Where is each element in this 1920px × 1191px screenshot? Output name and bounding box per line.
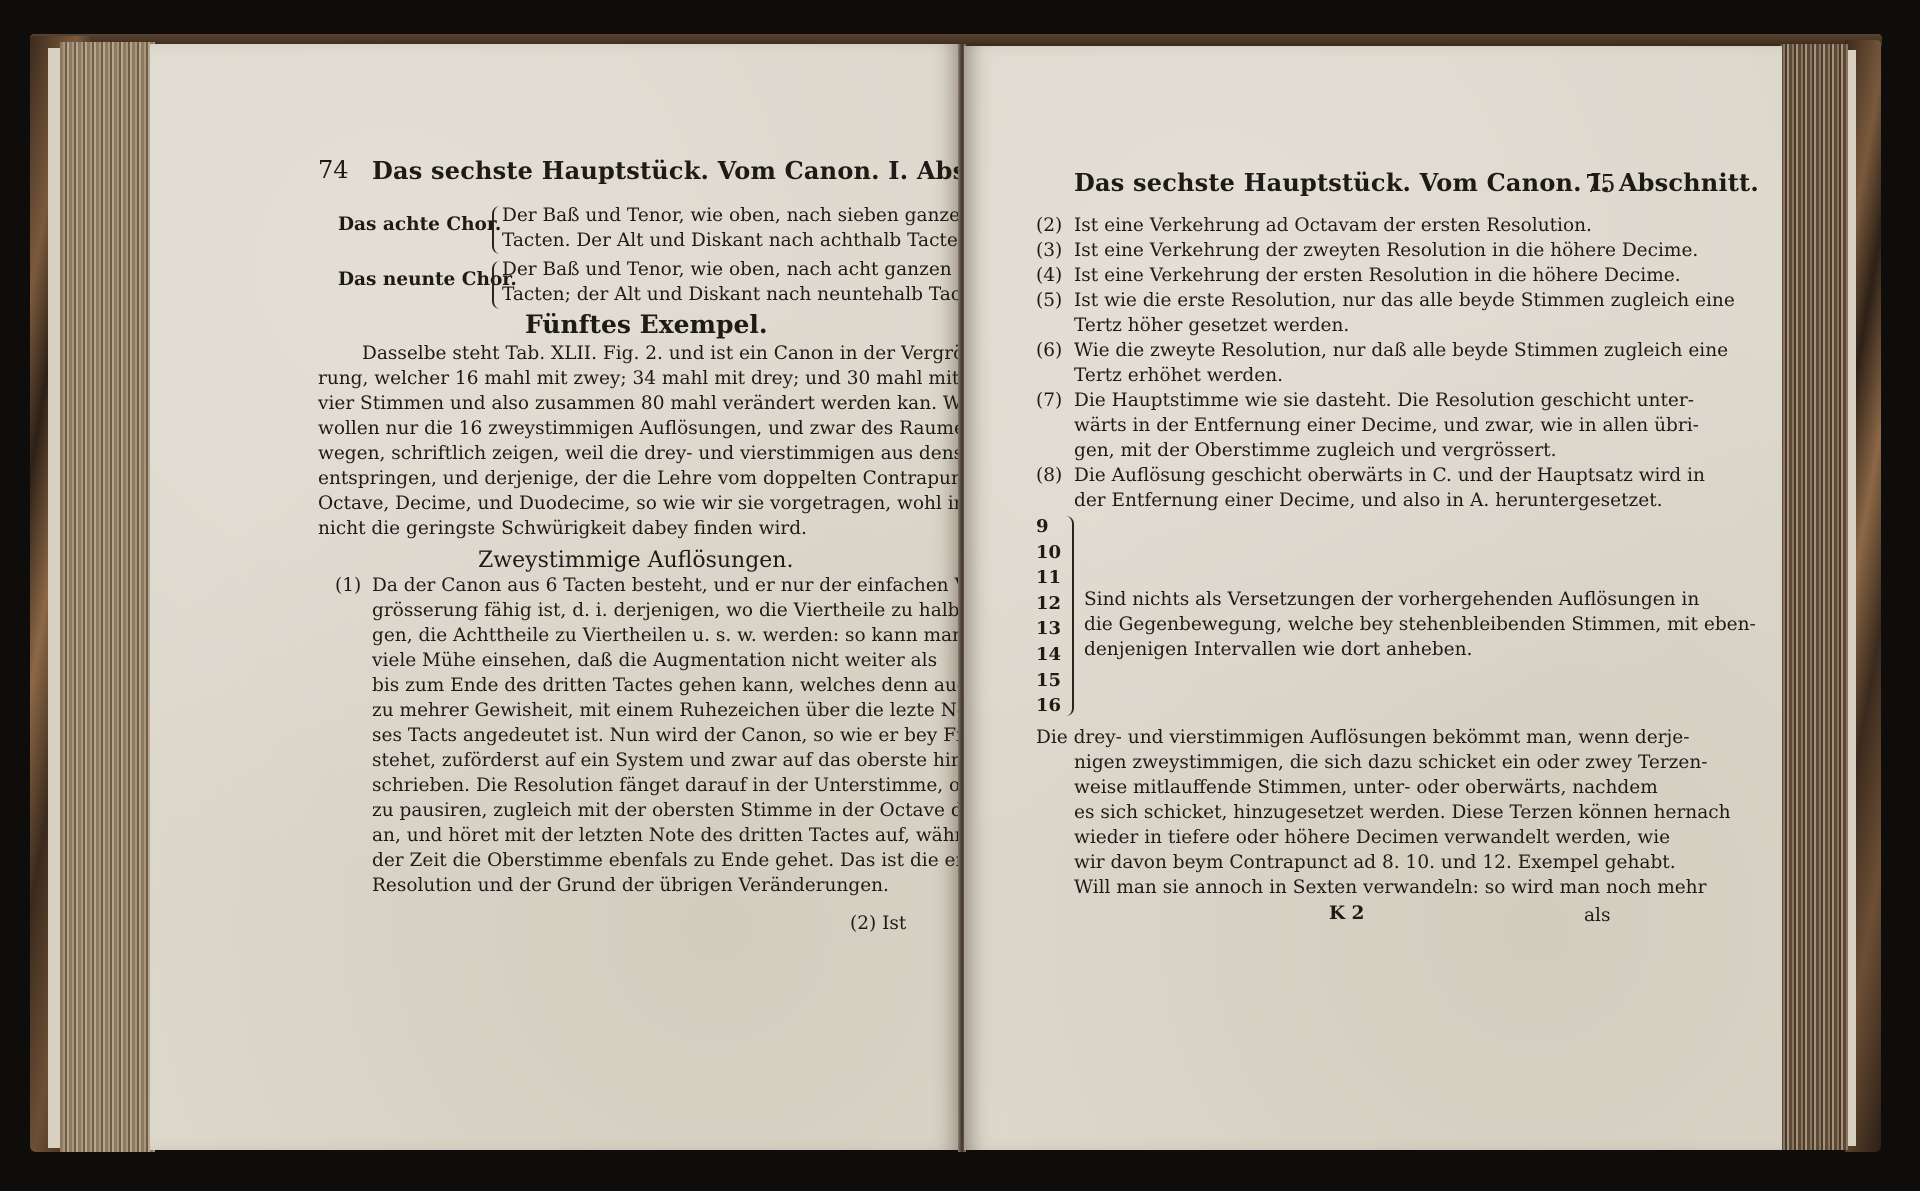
catchword: (2) Ist [850,912,906,937]
bracket-text-line: Sind nichts als Versetzungen der vorherg… [1084,588,1699,613]
item-number: (4) [1036,264,1062,289]
item-line: Die Hauptstimme wie sie dasteht. Die Res… [1074,389,1694,414]
bracket-number: 11 [1036,565,1061,591]
paragraph-line: wir davon beym Contrapunct ad 8. 10. und… [1074,851,1676,876]
bracket-number: 15 [1036,668,1061,694]
item-line: Resolution und der Grund der übrigen Ver… [372,874,889,899]
catchword: als [1584,904,1610,929]
choir-label: Das achte Chor. [338,214,501,235]
section-heading: Fünftes Exempel. [525,310,768,339]
paragraph-line: nigen zweystimmigen, die sich dazu schic… [1074,751,1708,776]
paragraph-line: vier Stimmen und also zusammen 80 mahl v… [318,392,976,417]
paragraph-line: weise mitlauffende Stimmen, unter- oder … [1074,776,1658,801]
paragraph-line: Octave, Decime, und Duodecime, so wie wi… [318,492,1031,517]
bracket-text-line: die Gegenbewegung, welche bey stehenblei… [1084,613,1756,638]
page-edges-left [60,42,155,1152]
item-number: (1) [335,574,361,599]
item-line: schrieben. Die Resolution fänget darauf … [372,774,995,799]
paragraph-line: es sich schicket, hinzugesetzet werden. … [1074,801,1731,826]
paragraph-line: Dasselbe steht Tab. XLII. Fig. 2. und is… [362,342,1000,367]
bracket-number: 9 [1036,514,1061,540]
choir-line: Der Baß und Tenor, wie oben, nach acht g… [502,258,952,283]
page-number-right: 75 [1585,170,1616,198]
item-line: gen, mit der Oberstimme zugleich und ver… [1074,439,1556,464]
bracket-number: 14 [1036,642,1061,668]
item-number: (5) [1036,289,1062,314]
brace [492,261,500,309]
bracket-text-line: denjenigen Intervallen wie dort anheben. [1084,638,1472,663]
item-number: (8) [1036,464,1062,489]
page-edge-strip-right [1848,50,1856,1146]
page-edges-right [1780,44,1848,1150]
item-line: Tertz erhöhet werden. [1074,364,1283,389]
bracket-number: 16 [1036,693,1061,719]
item-line: Ist eine Verkehrung der zweyten Resoluti… [1074,239,1698,264]
subheading: Zweystimmige Auflösungen. [478,548,793,573]
item-line: der Zeit die Oberstimme ebenfals zu Ende… [372,849,992,874]
item-line: an, und höret mit der letzten Note des d… [372,824,998,849]
choir-line: Der Baß und Tenor, wie oben, nach sieben… [502,204,972,229]
choir-line: Tacten. Der Alt und Diskant nach achthal… [502,229,976,254]
paragraph-line: wegen, schriftlich zeigen, weil die drey… [318,442,1015,467]
bracket-number: 12 [1036,591,1061,617]
bracket-number: 13 [1036,616,1061,642]
item-line: Ist eine Verkehrung ad Octavam der erste… [1074,214,1592,239]
item-line: gen, die Achttheile zu Viertheilen u. s.… [372,624,1016,649]
item-line: der Entfernung einer Decime, und also in… [1074,489,1663,514]
choir-label: Das neunte Chor. [338,269,517,290]
brace [492,206,500,254]
item-number: (2) [1036,214,1062,239]
item-line: wärts in der Entfernung einer Decime, un… [1074,414,1699,439]
item-line: zu pausiren, zugleich mit der obersten S… [372,799,1023,824]
item-line: grösserung fähig ist, d. i. derjenigen, … [372,599,1046,624]
paragraph-line: entspringen, und derjenige, der die Lehr… [318,467,1042,492]
left-page: 74 Das sechste Hauptstück. Vom Canon. I.… [150,44,960,1150]
signature-mark: K 2 [1329,902,1364,927]
item-line: ses Tacts angedeutet ist. Nun wird der C… [372,724,1003,749]
page-edge-strip-left [48,48,60,1148]
running-head-right: Das sechste Hauptstück. Vom Canon. I. Ab… [1074,168,1759,197]
paragraph-line: rung, welcher 16 mahl mit zwey; 34 mahl … [318,367,959,392]
running-head-left: Das sechste Hauptstück. Vom Canon. I. Ab… [372,156,1057,185]
paragraph-line: nicht die geringste Schwürigkeit dabey f… [318,517,807,542]
closing-brace [1064,516,1074,716]
item-line: Wie die zweyte Resolution, nur daß alle … [1074,339,1728,364]
paragraph-line: Die drey- und vierstimmigen Auflösungen … [1036,726,1689,751]
item-number: (6) [1036,339,1062,364]
item-line: bis zum Ende des dritten Tactes gehen ka… [372,674,985,699]
page-number-left: 74 [318,156,349,184]
item-line: Tertz höher gesetzet werden. [1074,314,1349,339]
paragraph-line: wieder in tiefere oder höhere Decimen ve… [1074,826,1670,851]
item-number: (7) [1036,389,1062,414]
choir-line: Tacten; der Alt und Diskant nach neunteh… [502,283,997,308]
paragraph-line: Will man sie annoch in Sexten verwandeln… [1074,876,1706,901]
item-line: Die Auflösung geschicht oberwärts in C. … [1074,464,1705,489]
bracket-numbers: 9 10 11 12 13 14 15 16 [1036,514,1061,719]
item-line: Ist wie die erste Resolution, nur das al… [1074,289,1735,314]
item-line: viele Mühe einsehen, daß die Augmentatio… [372,649,937,674]
item-number: (3) [1036,239,1062,264]
item-line: zu mehrer Gewisheit, mit einem Ruhezeich… [372,699,1027,724]
right-page: Das sechste Hauptstück. Vom Canon. I. Ab… [964,46,1782,1150]
item-line: stehet, zuförderst auf ein System und zw… [372,749,992,774]
item-line: Ist eine Verkehrung der ersten Resolutio… [1074,264,1681,289]
paragraph-line: wollen nur die 16 zweystimmigen Auflösun… [318,417,974,442]
bracket-number: 10 [1036,540,1061,566]
item-line: Da der Canon aus 6 Tacten besteht, und e… [372,574,992,599]
